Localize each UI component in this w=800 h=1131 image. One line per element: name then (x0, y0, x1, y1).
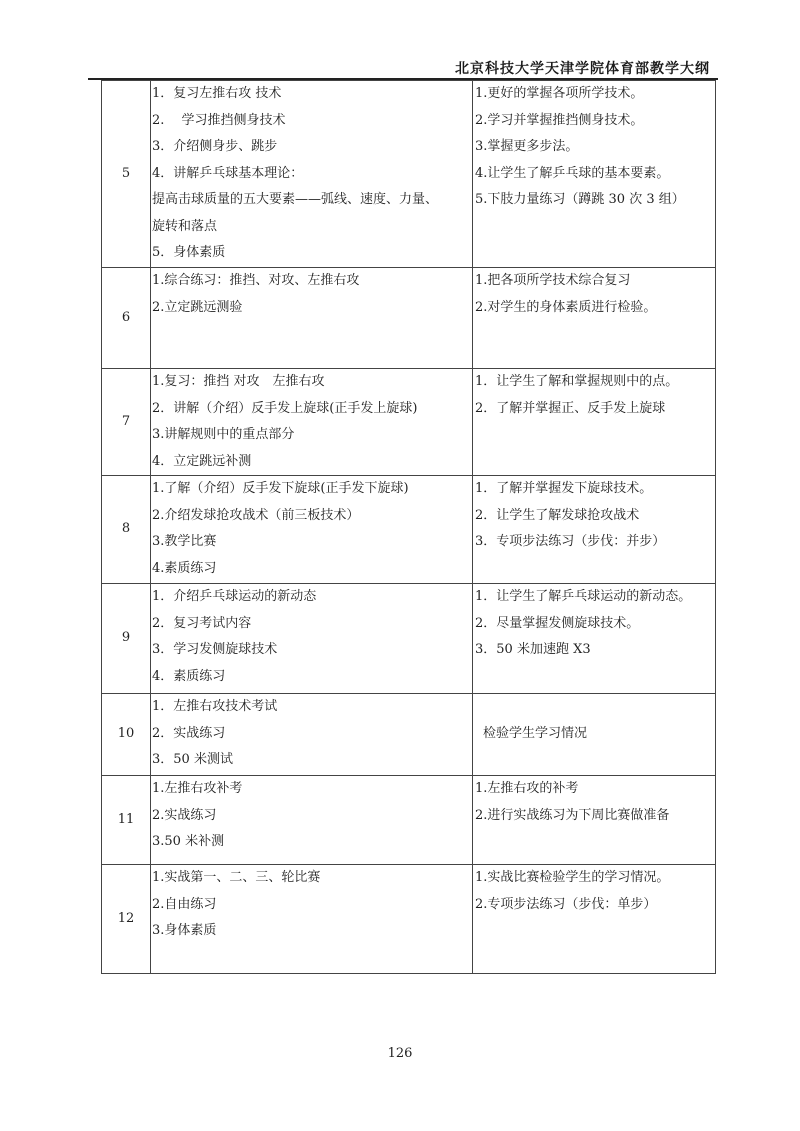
teaching-goal-cell: 1.左推右攻的补考2.进行实战练习为下周比赛做准备 (473, 776, 716, 865)
goal-item: 2.专项步法练习（步伐：单步） (475, 892, 715, 919)
content-item: 3.教学比赛 (152, 529, 472, 556)
content-item: 4．素质练习 (152, 664, 472, 691)
goal-item: 1.更好的掌握各项所学技术。 (475, 81, 715, 108)
content-item: 旋转和落点 (152, 214, 472, 241)
table-row: 71.复习：推挡 对攻 左推右攻2．讲解（介绍）反手发上旋球(正手发上旋球)3.… (102, 369, 716, 476)
content-item: 3.身体素质 (152, 918, 472, 945)
teaching-content-cell: 1．左推右攻技术考试2．实战练习3．50 米测试 (151, 694, 473, 776)
goal-item: 2．了解并掌握正、反手发上旋球 (475, 396, 715, 423)
table-row: 51．复习左推右攻 技术2. 学习推挡侧身技术3．介绍侧身步、跳步4．讲解乒乓球… (102, 81, 716, 268)
goal-item: 2.进行实战练习为下周比赛做准备 (475, 803, 715, 830)
teaching-content-cell: 1.综合练习：推挡、对攻、左推右攻2.立定跳远测验 (151, 268, 473, 369)
table-row: 101．左推右攻技术考试2．实战练习3．50 米测试检验学生学习情况 (102, 694, 716, 776)
table-row: 81.了解（介绍）反手发下旋球(正手发下旋球)2.介绍发球抢攻战术（前三板技术）… (102, 476, 716, 584)
week-number-cell: 12 (102, 865, 151, 974)
week-number-cell: 10 (102, 694, 151, 776)
document-header-title: 北京科技大学天津学院体育部教学大纲 (380, 58, 710, 78)
content-item: 2．实战练习 (152, 721, 472, 748)
content-item: 1.了解（介绍）反手发下旋球(正手发下旋球) (152, 476, 472, 503)
week-number-cell: 7 (102, 369, 151, 476)
content-item: 5．身体素质 (152, 240, 472, 267)
goal-item: 2.对学生的身体素质进行检验。 (475, 295, 715, 322)
content-item: 3．50 米测试 (152, 747, 472, 774)
goal-item: 2．让学生了解发球抢攻战术 (475, 503, 715, 530)
content-item: 2.自由练习 (152, 892, 472, 919)
teaching-goal-cell: 1.实战比赛检验学生的学习情况。2.专项步法练习（步伐：单步） (473, 865, 716, 974)
teaching-goal-cell: 1.更好的掌握各项所学技术。2.学习并掌握推挡侧身技术。3.掌握更多步法。4.让… (473, 81, 716, 268)
teaching-goal-cell: 1.把各项所学技术综合复习2.对学生的身体素质进行检验。 (473, 268, 716, 369)
teaching-content-cell: 1.左推右攻补考2.实战练习3.50 米补测 (151, 776, 473, 865)
content-item: 1.实战第一、二、三、轮比赛 (152, 865, 472, 892)
goal-item: 1．让学生了解乒乓球运动的新动态。 (475, 584, 715, 611)
content-item: 2.介绍发球抢攻战术（前三板技术） (152, 503, 472, 530)
teaching-goal-cell: 1．让学生了解乒乓球运动的新动态。2．尽量掌握发侧旋球技术。3．50 米加速跑 … (473, 584, 716, 694)
week-number-cell: 9 (102, 584, 151, 694)
table-row: 91．介绍乒乓球运动的新动态2．复习考试内容3．学习发侧旋球技术4．素质练习1．… (102, 584, 716, 694)
table-row: 111.左推右攻补考2.实战练习3.50 米补测1.左推右攻的补考2.进行实战练… (102, 776, 716, 865)
content-item: 1.左推右攻补考 (152, 776, 472, 803)
page-number: 126 (0, 1046, 800, 1061)
goal-item: 5.下肢力量练习（蹲跳 30 次 3 组） (475, 187, 715, 214)
teaching-content-cell: 1．复习左推右攻 技术2. 学习推挡侧身技术3．介绍侧身步、跳步4．讲解乒乓球基… (151, 81, 473, 268)
goal-item: 1．了解并掌握发下旋球技术。 (475, 476, 715, 503)
teaching-content-cell: 1．介绍乒乓球运动的新动态2．复习考试内容3．学习发侧旋球技术4．素质练习 (151, 584, 473, 694)
goal-item: 3.掌握更多步法。 (475, 134, 715, 161)
content-item: 1．复习左推右攻 技术 (152, 81, 472, 108)
goal-item: 1.把各项所学技术综合复习 (475, 268, 715, 295)
content-item: 1.综合练习：推挡、对攻、左推右攻 (152, 268, 472, 295)
goal-item: 3．50 米加速跑 X3 (475, 637, 715, 664)
content-item: 3.50 米补测 (152, 829, 472, 856)
content-item: 3.讲解规则中的重点部分 (152, 422, 472, 449)
content-item: 2．讲解（介绍）反手发上旋球(正手发上旋球) (152, 396, 472, 423)
goal-item: 1.实战比赛检验学生的学习情况。 (475, 865, 715, 892)
content-item: 4．立定跳远补测 (152, 449, 472, 476)
teaching-goal-cell: 1．了解并掌握发下旋球技术。2．让学生了解发球抢攻战术3．专项步法练习（步伐：并… (473, 476, 716, 584)
content-item: 1．左推右攻技术考试 (152, 694, 472, 721)
goal-item: 4.让学生了解乒乓球的基本要素。 (475, 161, 715, 188)
content-item: 1．介绍乒乓球运动的新动态 (152, 584, 472, 611)
goal-item: 2．尽量掌握发侧旋球技术。 (475, 611, 715, 638)
table-row: 61.综合练习：推挡、对攻、左推右攻2.立定跳远测验1.把各项所学技术综合复习2… (102, 268, 716, 369)
goal-item: 2.学习并掌握推挡侧身技术。 (475, 108, 715, 135)
content-item: 2.实战练习 (152, 803, 472, 830)
week-number-cell: 11 (102, 776, 151, 865)
weekly-teaching-plan-table: 51．复习左推右攻 技术2. 学习推挡侧身技术3．介绍侧身步、跳步4．讲解乒乓球… (101, 80, 716, 974)
goal-item: 1．让学生了解和掌握规则中的点。 (475, 369, 715, 396)
goal-item: 1.左推右攻的补考 (475, 776, 715, 803)
week-number-cell: 5 (102, 81, 151, 268)
teaching-content-cell: 1.实战第一、二、三、轮比赛2.自由练习3.身体素质 (151, 865, 473, 974)
teaching-content-cell: 1.了解（介绍）反手发下旋球(正手发下旋球)2.介绍发球抢攻战术（前三板技术）3… (151, 476, 473, 584)
content-item: 1.复习：推挡 对攻 左推右攻 (152, 369, 472, 396)
content-item: 3．学习发侧旋球技术 (152, 637, 472, 664)
content-item: 4.素质练习 (152, 556, 472, 583)
content-item: 2. 学习推挡侧身技术 (152, 108, 472, 135)
teaching-goal-cell: 1．让学生了解和掌握规则中的点。2．了解并掌握正、反手发上旋球 (473, 369, 716, 476)
week-number-cell: 6 (102, 268, 151, 369)
content-item: 4．讲解乒乓球基本理论： (152, 161, 472, 188)
goal-item: 检验学生学习情况 (475, 721, 715, 748)
content-item: 2.立定跳远测验 (152, 295, 472, 322)
content-item: 提高击球质量的五大要素——弧线、速度、力量、 (152, 187, 472, 214)
week-number-cell: 8 (102, 476, 151, 584)
content-item: 3．介绍侧身步、跳步 (152, 134, 472, 161)
teaching-content-cell: 1.复习：推挡 对攻 左推右攻2．讲解（介绍）反手发上旋球(正手发上旋球)3.讲… (151, 369, 473, 476)
teaching-goal-cell: 检验学生学习情况 (473, 694, 716, 776)
content-item: 2．复习考试内容 (152, 611, 472, 638)
table-row: 121.实战第一、二、三、轮比赛2.自由练习3.身体素质1.实战比赛检验学生的学… (102, 865, 716, 974)
goal-item: 3．专项步法练习（步伐：并步） (475, 529, 715, 556)
